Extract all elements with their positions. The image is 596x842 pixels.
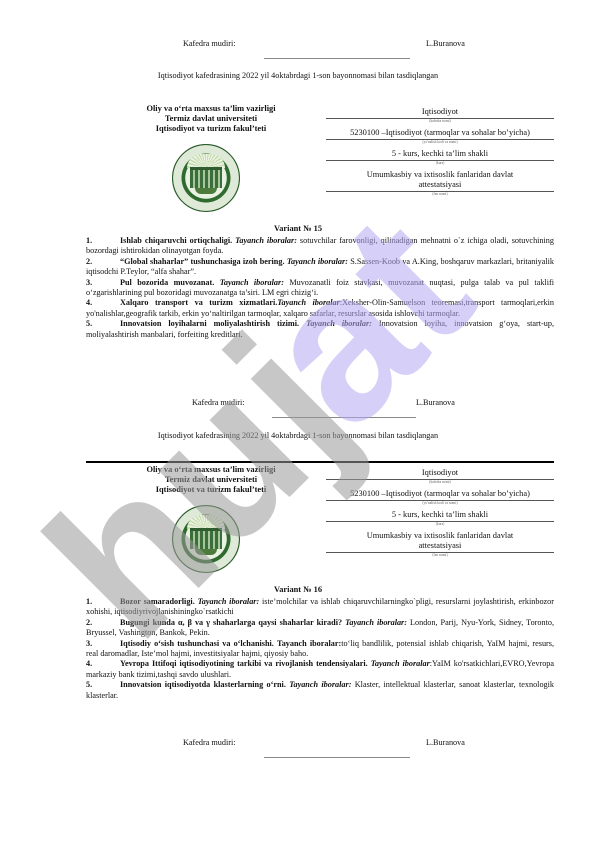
question-item: 2.“Global shaharlar” tushunchasiga izoh … bbox=[86, 257, 554, 278]
signature-name: L.Buranova bbox=[426, 39, 465, 48]
course-info: Iqtisodiyot (kafedra nomi) 5230100 –Iqti… bbox=[326, 465, 554, 562]
institution-info: Oliy va o‘rta maxsus ta’lim vazirligi Te… bbox=[106, 104, 316, 134]
signature-name: L.Buranova bbox=[426, 738, 465, 747]
field-specialty: 5230100 –Iqtisodiyot (tarmoqlar va sohal… bbox=[326, 489, 554, 506]
ministry-line: Oliy va o‘rta maxsus ta’lim vazirligi bbox=[106, 465, 316, 475]
field-specialty: 5230100 –Iqtisodiyot (tarmoqlar va sohal… bbox=[326, 128, 554, 145]
field-course: 5 - kurs, kechki ta’lim shakli (kurs) bbox=[326, 510, 554, 527]
field-department: Iqtisodiyot (kafedra nomi) bbox=[326, 468, 554, 485]
question-item: 5.Innovatsion loyihalarni moliyalashtiri… bbox=[86, 319, 554, 340]
faculty-line: Iqtisodiyot va turizm fakul’teti bbox=[106, 124, 316, 134]
question-item: 2.Bugungi kunda α, β va γ shaharlarga qa… bbox=[86, 618, 554, 639]
question-item: 3.Pul bozorida muvozanat. Tayanch iboral… bbox=[86, 278, 554, 299]
field-subject: Umumkasbiy va ixtisoslik fanlaridan davl… bbox=[326, 170, 554, 197]
variant-title-16: Variant № 16 bbox=[0, 585, 596, 594]
question-item: 4.Xalqaro transport va turizm xizmatlari… bbox=[86, 298, 554, 319]
institution-info: Oliy va o‘rta maxsus ta’lim vazirligi Te… bbox=[106, 465, 316, 495]
field-course: 5 - kurs, kechki ta’lim shakli (kurs) bbox=[326, 149, 554, 166]
signature-line bbox=[272, 417, 416, 418]
approval-text: Iqtisodiyot kafedrasining 2022 yil 4okta… bbox=[0, 71, 596, 80]
field-department: Iqtisodiyot (kafedra nomi) bbox=[326, 107, 554, 124]
field-subject: Umumkasbiy va ixtisoslik fanlaridan davl… bbox=[326, 531, 554, 558]
ministry-line: Oliy va o‘rta maxsus ta’lim vazirligi bbox=[106, 104, 316, 114]
question-item: 3.Iqtisodiy o‘sish tushunchasi va o‘lcha… bbox=[86, 639, 554, 660]
faculty-line: Iqtisodiyot va turizm fakul’teti bbox=[106, 485, 316, 495]
document-page: Kafedra mudiri: L.Buranova Iqtisodiyot k… bbox=[0, 0, 596, 842]
signature-label: Kafedra mudiri: bbox=[183, 39, 236, 48]
signature-label: Kafedra mudiri: bbox=[192, 398, 245, 407]
question-list-15: 1.Ishlab chiqaruvchi ortiqchaligi. Tayan… bbox=[86, 236, 554, 340]
university-line: Termiz davlat universiteti bbox=[106, 114, 316, 124]
approval-text: Iqtisodiyot kafedrasining 2022 yil 4okta… bbox=[0, 431, 596, 440]
question-item: 5.Innovatsion iqtisodiyotda klasterlarni… bbox=[86, 680, 554, 701]
signature-label: Kafedra mudiri: bbox=[183, 738, 236, 747]
university-seal-icon bbox=[172, 505, 240, 573]
signature-name: L.Buranova bbox=[416, 398, 455, 407]
question-item: 4.Yevropa Ittifoqi iqtisodiyotining tark… bbox=[86, 659, 554, 680]
course-info: Iqtisodiyot (kafedra nomi) 5230100 –Iqti… bbox=[326, 104, 554, 201]
section-divider bbox=[86, 461, 554, 463]
question-item: 1.Ishlab chiqaruvchi ortiqchaligi. Tayan… bbox=[86, 236, 554, 257]
signature-line bbox=[264, 757, 410, 758]
question-item: 1.Bozor samaradorligi. Tayanch iboralar:… bbox=[86, 597, 554, 618]
university-seal-icon bbox=[172, 144, 240, 212]
variant-title-15: Variant № 15 bbox=[0, 224, 596, 233]
header-block-2: Oliy va o‘rta maxsus ta’lim vazirligi Te… bbox=[86, 465, 554, 585]
question-list-16: 1.Bozor samaradorligi. Tayanch iboralar:… bbox=[86, 597, 554, 701]
university-line: Termiz davlat universiteti bbox=[106, 475, 316, 485]
header-block-1: Oliy va o‘rta maxsus ta’lim vazirligi Te… bbox=[86, 104, 554, 224]
signature-line bbox=[264, 58, 410, 59]
